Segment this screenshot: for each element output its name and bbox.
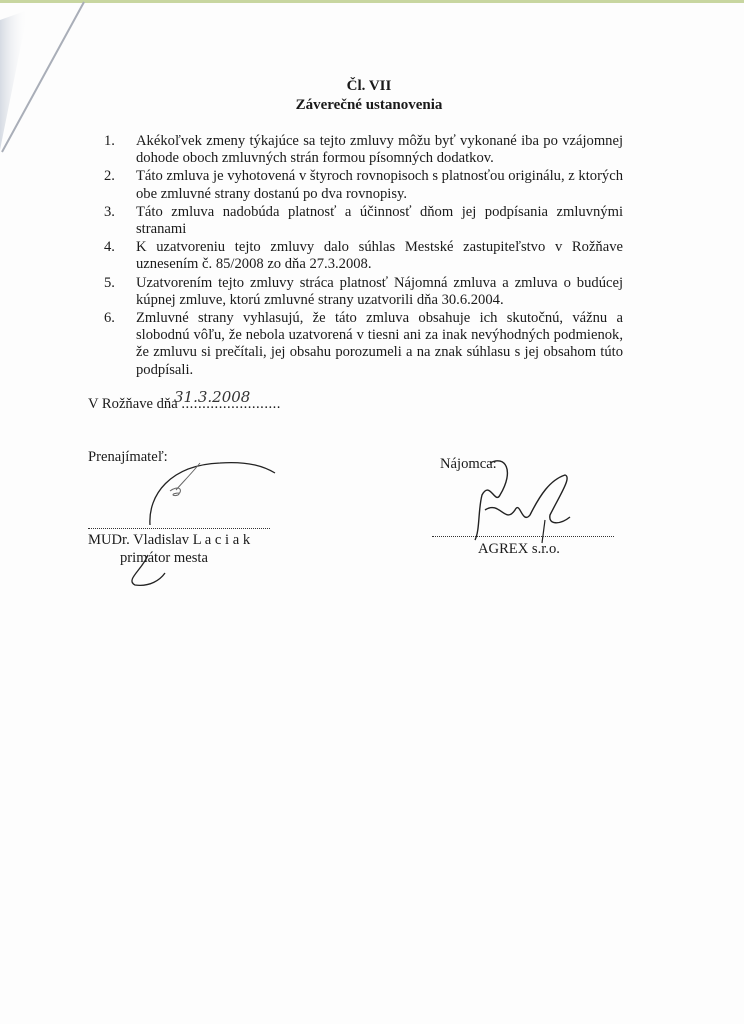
landlord-title: primátor mesta [120, 550, 208, 567]
tenant-signature-line [432, 536, 614, 537]
article-title: Záverečné ustanovenia [0, 97, 741, 114]
clause-item: 1.Akékoľvek zmeny týkajúce sa tejto zmlu… [118, 133, 623, 167]
clause-number: 1. [104, 133, 115, 150]
clause-text: Táto zmluva je vyhotovená v štyroch rovn… [136, 168, 623, 201]
clause-text: Zmluvné strany vyhlasujú, že táto zmluva… [136, 310, 623, 378]
place-date-label: V Rožňave dňa [88, 396, 178, 412]
clause-text: Táto zmluva nadobúda platnosť a účinnosť… [136, 204, 623, 237]
clause-number: 5. [104, 275, 115, 292]
article-number: Čl. VII [0, 78, 741, 95]
clause-number: 4. [104, 239, 115, 256]
clause-item: 5.Uzatvorením tejto zmluvy stráca platno… [118, 275, 623, 309]
clause-list: 1.Akékoľvek zmeny týkajúce sa tejto zmlu… [118, 133, 623, 380]
tenant-name: AGREX s.r.o. [478, 541, 560, 558]
clause-text: Akékoľvek zmeny týkajúce sa tejto zmluvy… [136, 133, 623, 166]
clause-text: K uzatvoreniu tejto zmluvy dalo súhlas M… [136, 239, 623, 272]
clause-item: 4.K uzatvoreniu tejto zmluvy dalo súhlas… [118, 239, 623, 273]
clause-number: 6. [104, 310, 115, 327]
clause-number: 3. [104, 204, 115, 221]
landlord-name: MUDr. Vladislav L a c i a k [88, 532, 250, 549]
clause-text: Uzatvorením tejto zmluvy stráca platnosť… [136, 275, 623, 308]
landlord-signature-line [88, 528, 270, 529]
clause-item: 6.Zmluvné strany vyhlasujú, že táto zmlu… [118, 310, 623, 379]
clause-item: 3.Táto zmluva nadobúda platnosť a účinno… [118, 204, 623, 238]
tenant-signature [460, 455, 590, 545]
clause-number: 2. [104, 168, 115, 185]
handwritten-date: 31.3.2008 [174, 388, 250, 406]
scan-edge [0, 0, 744, 3]
clause-item: 2.Táto zmluva je vyhotovená v štyroch ro… [118, 168, 623, 202]
